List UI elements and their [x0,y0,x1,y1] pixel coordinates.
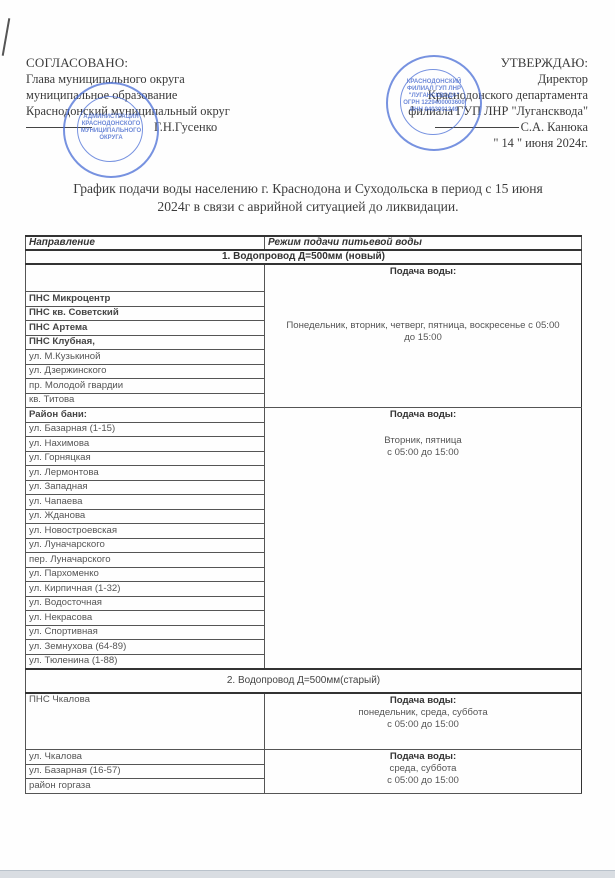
title-line-1: График подачи воды населению г. Краснодо… [30,180,586,198]
supply-schedule-text: среда, суббота [268,763,578,775]
direction-cell: ул. Пархоменко [26,567,265,582]
direction-cell: ул. Чапаева [26,495,265,510]
direction-cell: ул. Дзержинского [26,364,265,379]
table-row: Подача воды:Понедельник, вторник, четвер… [26,264,582,292]
pen-mark [2,18,11,56]
supply-mode-cell: Подача воды:среда, субботас 05:00 до 15:… [265,750,582,794]
direction-cell: ПНС Чкалова [26,693,265,750]
direction-cell: Район бани: [26,408,265,423]
supply-schedule-text: с 05:00 до 15:00 [268,447,578,459]
document-title: График подачи воды населению г. Краснодо… [30,180,586,216]
approval-right-signatory: С.А. Канюка [521,120,588,134]
supply-mode-label: Подача воды: [268,695,578,707]
direction-cell: ул. Нахимова [26,437,265,452]
approval-left-heading: СОГЛАСОВАНО: [26,55,230,71]
stamp-right-text: КРАСНОДОНСКИЙ [388,79,480,86]
supply-schedule-text: понедельник, среда, суббота [268,707,578,719]
title-line-2: 2024г в связи с аврийной ситуацией до ли… [30,198,586,216]
stamp-left-text: МУНИЦИПАЛЬНОГО [65,128,157,135]
stamp-right: КРАСНОДОНСКИЙ ФИЛИАЛ ГУП ЛНР "ЛУГАНСКВОД… [386,55,482,151]
direction-cell: район горгаза [26,779,265,794]
direction-cell: ул. Луначарского [26,538,265,553]
stamp-left-text: ОКРУГА [65,135,157,142]
stamp-right-text: ФИЛИАЛ ГУП ЛНР [388,86,480,93]
direction-cell: ул. Некрасова [26,611,265,626]
direction-cell: ул. Спортивная [26,625,265,640]
direction-cell: кв. Титова [26,393,265,408]
direction-cell: ул. Кирпичная (1-32) [26,582,265,597]
document-page: СОГЛАСОВАНО: Глава муниципального округа… [0,0,615,870]
direction-cell: ул. Водосточная [26,596,265,611]
supply-schedule-text: Понедельник, вторник, четверг, пятница, … [268,320,578,332]
supply-mode-label: Подача воды: [268,751,578,763]
direction-cell: ПНС Клубная, [26,335,265,350]
section-header-row: 2. Водопровод Д=500мм(старый) [26,669,582,693]
direction-cell [26,264,265,292]
direction-cell: ПНС Микроцентр [26,292,265,307]
column-header-direction: Направление [26,236,265,250]
stamp-left: АДМИНИСТРАЦИЯ КРАСНОДОНСКОГО МУНИЦИПАЛЬН… [63,82,159,178]
direction-cell: пер. Луначарского [26,553,265,568]
direction-cell: ул. Базарная (16-57) [26,764,265,779]
direction-cell: ул. Земнухова (64-89) [26,640,265,655]
table-row: Район бани:Подача воды:Вторник, пятницас… [26,408,582,423]
water-schedule-table: Направление Режим подачи питьевой воды 1… [25,235,582,794]
section-title: 2. Водопровод Д=500мм(старый) [26,669,582,693]
direction-cell: ул. Жданова [26,509,265,524]
stamp-left-text: КРАСНОДОНСКОГО [65,121,157,128]
direction-cell: ул. М.Кузькиной [26,350,265,365]
stamp-right-text: ИНН 9403001349 [388,107,480,114]
supply-mode-label: Подача воды: [268,409,578,421]
direction-cell: ул. Новостроевская [26,524,265,539]
direction-cell: ул. Чкалова [26,750,265,765]
supply-schedule-text: до 15:00 [268,332,578,344]
direction-cell: ул. Тюленина (1-88) [26,654,265,669]
supply-schedule-text: с 05:00 до 15:00 [268,775,578,787]
section-header-row: 1. Водопровод Д=500мм (новый) [26,250,582,264]
supply-schedule-text: Вторник, пятница [268,435,578,447]
stamp-right-text: ОГРН 1229400003600 [388,100,480,107]
table-row: ул. ЧкаловаПодача воды:среда, субботас 0… [26,750,582,765]
direction-cell: ул. Лермонтова [26,466,265,481]
supply-mode-cell: Подача воды:понедельник, среда, субботас… [265,693,582,750]
direction-cell: ПНС кв. Советский [26,306,265,321]
stamp-right-text: "ЛУГАНСКВОДА" [388,93,480,100]
table-row: ПНС ЧкаловаПодача воды:понедельник, сред… [26,693,582,750]
supply-mode-cell: Подача воды:Вторник, пятницас 05:00 до 1… [265,408,582,670]
supply-mode-label: Подача воды: [268,266,578,278]
direction-cell: ул. Горняцкая [26,451,265,466]
direction-cell: ул. Базарная (1-15) [26,422,265,437]
supply-schedule-text: с 05:00 до 15:00 [268,719,578,731]
supply-mode-cell: Подача воды:Понедельник, вторник, четвер… [265,264,582,408]
viewer-bottom-bar [0,870,615,878]
approval-left-signatory: Г.Н.Гусенко [154,120,217,134]
direction-cell: ПНС Артема [26,321,265,336]
direction-cell: пр. Молодой гвардии [26,379,265,394]
section-title: 1. Водопровод Д=500мм (новый) [26,250,582,264]
stamp-left-text: АДМИНИСТРАЦИЯ [65,114,157,121]
table-header-row: Направление Режим подачи питьевой воды [26,236,582,250]
direction-cell: ул. Западная [26,480,265,495]
column-header-mode: Режим подачи питьевой воды [265,236,582,250]
